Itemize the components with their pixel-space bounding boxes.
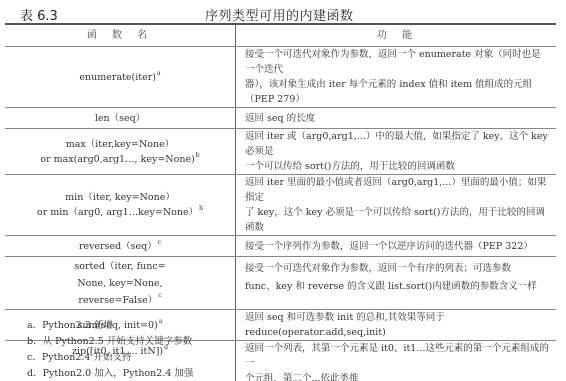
- function-desc-cell: 接受一个可迭代对象作为参数，返回一个有序的列表；可选参数func、key 和 r…: [236, 257, 557, 310]
- table-header-row: 函 数 名 功 能: [5, 24, 556, 47]
- table-row: len（seq） 返回 seq 的长度: [5, 108, 556, 129]
- table-title: 序列类型可用的内建函数: [205, 5, 354, 24]
- table-footnotes: a．Python2.3 新增 b．从 Python2.5 开始支持关键字参数 c…: [27, 318, 193, 381]
- footnote-b: b．从 Python2.5 开始支持关键字参数: [27, 334, 193, 350]
- function-name-cell: sorted（iter, func=None, key=None,reverse…: [5, 257, 236, 310]
- table-row: sorted（iter, func=None, key=None,reverse…: [5, 257, 556, 310]
- footnote-c: c．Python2.4 开始支持: [27, 350, 193, 366]
- function-name-cell: enumerate(iter)a: [5, 47, 236, 108]
- function-desc-cell: 返回 iter 里面的最小值或者返回（arg0,arg1,...）里面的最小值；…: [236, 175, 557, 236]
- function-name-cell: reversed（seq）c: [5, 236, 236, 257]
- function-name-cell: max（iter,key=None）or max(arg0,arg1…, key…: [5, 129, 236, 175]
- header-function-desc: 功 能: [236, 24, 557, 47]
- table-caption: 表 6.3 序列类型可用的内建函数: [0, 5, 566, 21]
- function-desc-cell: 返回 iter 或（arg0,arg1,...）中的最大值，如果指定了 key，…: [236, 129, 557, 175]
- table-row: min（iter, key=None）or min（arg0, arg1…key…: [5, 175, 556, 236]
- function-desc-cell: 返回 seq 的长度: [236, 108, 557, 129]
- table-row: max（iter,key=None）or max(arg0,arg1…, key…: [5, 129, 556, 175]
- function-desc-cell: 接受一个可迭代对象作为参数，返回一个 enumerate 对象（同时也是一个迭代…: [236, 47, 557, 108]
- table-row: enumerate(iter)a 接受一个可迭代对象作为参数，返回一个 enum…: [5, 47, 556, 108]
- table-number: 表 6.3: [20, 5, 58, 24]
- function-desc-cell: 返回一个列表，其第一个元素是 it0、it1...这些元素的第一个元素组成的一个…: [236, 341, 557, 381]
- function-name-cell: min（iter, key=None）or min（arg0, arg1…key…: [5, 175, 236, 236]
- footnote-a: a．Python2.3 新增: [27, 318, 193, 334]
- function-desc-cell: 接受一个序列作为参数，返回一个以逆序访问的迭代器（PEP 322）: [236, 236, 557, 257]
- function-desc-cell: 返回 seq 和可选参数 init 的总和,其效果等同于 reduce(oper…: [236, 310, 557, 341]
- footnote-d: d．Python2.0 加入，Python2.4 加强: [27, 366, 193, 381]
- function-name-cell: len（seq）: [5, 108, 236, 129]
- header-function-name: 函 数 名: [5, 24, 236, 47]
- table-row: reversed（seq）c 接受一个序列作为参数，返回一个以逆序访问的迭代器（…: [5, 236, 556, 257]
